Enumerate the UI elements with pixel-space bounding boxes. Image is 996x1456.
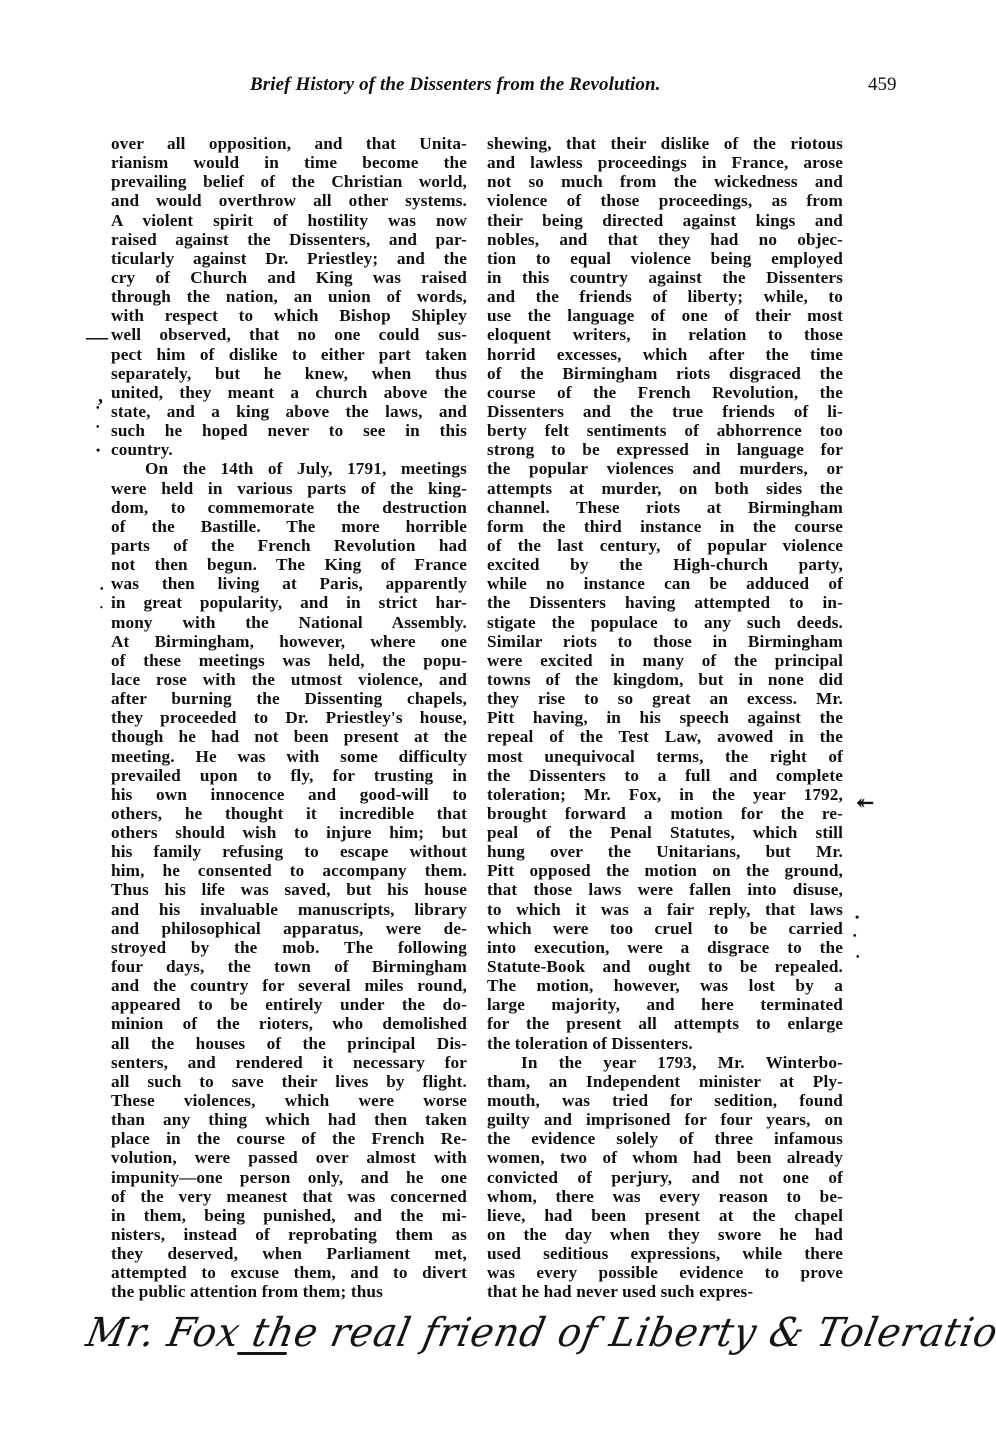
text-line: and would overthrow all other systems. — [111, 191, 467, 210]
handwritten-note-text: Mr. Fox the real friend of Liberty & Tol… — [83, 1309, 996, 1355]
text-line: The motion, however, was lost by a — [487, 976, 843, 995]
text-line: violence of those proceedings, as from — [487, 191, 843, 210]
text-line: such he hoped never to see in this — [111, 421, 467, 440]
text-line: and the friends of liberty; while, to — [487, 287, 843, 306]
text-line: with respect to which Bishop Shipley — [111, 306, 467, 325]
text-line: to which it was a fair reply, that laws — [487, 900, 843, 919]
text-line: strong to be expressed in language for — [487, 440, 843, 459]
text-line: lieve, had been present at the chapel — [487, 1206, 843, 1225]
text-line: parts of the French Revolution had — [111, 536, 467, 555]
text-line: though he had not been present at the — [111, 727, 467, 746]
text-line: than any thing which had then taken — [111, 1110, 467, 1129]
text-line: his own innocence and good-will to — [111, 785, 467, 804]
text-line: into execution, were a disgrace to the — [487, 938, 843, 957]
margin-dot-mark: • — [100, 585, 104, 595]
text-line: country. — [111, 440, 467, 459]
text-line: Similar riots to those in Birmingham — [487, 632, 843, 651]
text-line: was every possible evidence to prove — [487, 1263, 843, 1282]
text-line: use the language of one of their most — [487, 306, 843, 325]
text-line: the Dissenters having attempted to in- — [487, 593, 843, 612]
text-line: that those laws were fallen into disuse, — [487, 880, 843, 899]
text-line: hung over the Unitarians, but Mr. — [487, 842, 843, 861]
text-line: At Birmingham, however, where one — [111, 632, 467, 651]
text-line: which were too cruel to be carried — [487, 919, 843, 938]
text-line: prevailed upon to fly, for trusting in — [111, 766, 467, 785]
text-line: all such to save their lives by flight. — [111, 1072, 467, 1091]
text-line: they deserved, when Parliament met, — [111, 1244, 467, 1263]
text-line: over all opposition, and that Unita- — [111, 134, 467, 153]
text-line: brought forward a motion for the re- — [487, 804, 843, 823]
text-line: most unequivocal terms, the right of — [487, 747, 843, 766]
margin-arrow-mark: — — [86, 326, 108, 348]
text-line: tham, an Independent minister at Ply- — [487, 1072, 843, 1091]
text-line: of the Birmingham riots disgraced the — [487, 364, 843, 383]
text-line: attempts at murder, on both sides the — [487, 479, 843, 498]
text-line: others, he thought it incredible that — [111, 804, 467, 823]
text-line: form the third instance in the course — [487, 517, 843, 536]
text-line: of the last century, of popular violence — [487, 536, 843, 555]
text-line: horrid excesses, which after the time — [487, 345, 843, 364]
text-line: through the nation, an union of words, — [111, 287, 467, 306]
text-line: attempted to excuse them, and to divert — [111, 1263, 467, 1282]
text-line: mony with the National Assembly. — [111, 613, 467, 632]
text-line: Pitt having, in his speech against the — [487, 708, 843, 727]
text-line: cry of Church and King was raised — [111, 268, 467, 287]
text-line: for the present all attempts to enlarge — [487, 1014, 843, 1033]
margin-dot-mark: • — [855, 911, 859, 923]
text-line: volution, were passed over almost with — [111, 1148, 467, 1167]
text-line: towns of the kingdom, but in none did — [487, 670, 843, 689]
text-line: were held in various parts of the king- — [111, 479, 467, 498]
left-text-column: over all opposition, and that Unita-rian… — [111, 134, 467, 1302]
running-header: Brief History of the Dissenters from the… — [100, 74, 900, 98]
text-line: the popular violences and murders, or — [487, 459, 843, 478]
text-line: peal of the Penal Statutes, which still — [487, 823, 843, 842]
text-line: the evidence solely of three infamous — [487, 1129, 843, 1148]
text-line: channel. These riots at Birmingham — [487, 498, 843, 517]
text-line: These violences, which were worse — [111, 1091, 467, 1110]
text-line: him, he consented to accompany them. — [111, 861, 467, 880]
text-line: of the Bastille. The more horrible — [111, 517, 467, 536]
text-line: stroyed by the mob. The following — [111, 938, 467, 957]
text-line: On the 14th of July, 1791, meetings — [111, 459, 467, 478]
text-line: of these meetings was held, the popu- — [111, 651, 467, 670]
text-line: large majority, and here terminated — [487, 995, 843, 1014]
text-line: the Dissenters to a full and complete — [487, 766, 843, 785]
text-line: of the very meanest that was concerned — [111, 1187, 467, 1206]
text-line: in great popularity, and in strict har- — [111, 593, 467, 612]
text-line: their being directed against kings and — [487, 211, 843, 230]
text-line: all the houses of the principal Dis- — [111, 1034, 467, 1053]
text-line: nisters, instead of reprobating them as — [111, 1225, 467, 1244]
text-line: repeal of the Test Law, avowed in the — [487, 727, 843, 746]
text-line: stigate the populace to any such deeds. — [487, 613, 843, 632]
page-number: 459 — [868, 74, 897, 96]
text-line: the toleration of Dissenters. — [487, 1034, 843, 1053]
text-line: rianism would in time become the — [111, 153, 467, 172]
text-line: meeting. He was with some difficulty — [111, 747, 467, 766]
text-line: pect him of dislike to either part taken — [111, 345, 467, 364]
text-line: guilty and imprisoned for four years, on — [487, 1110, 843, 1129]
margin-arrow-mark: ↞ — [856, 792, 874, 814]
text-line: and lawless proceedings in France, arose — [487, 153, 843, 172]
text-line: they proceeded to Dr. Priestley's house, — [111, 708, 467, 727]
running-title: Brief History of the Dissenters from the… — [250, 74, 661, 96]
text-line: lace rose with the utmost violence, and — [111, 670, 467, 689]
text-line: in them, being punished, and the mi- — [111, 1206, 467, 1225]
margin-dot-mark: • — [96, 444, 100, 456]
handwritten-underline — [237, 1352, 287, 1355]
text-line: place in the course of the French Re- — [111, 1129, 467, 1148]
text-line: mouth, was tried for sedition, found — [487, 1091, 843, 1110]
text-line: dom, to commemorate the destruction — [111, 498, 467, 517]
text-line: In the year 1793, Mr. Winterbo- — [487, 1053, 843, 1072]
margin-dot-mark: • — [853, 932, 857, 942]
text-line: eloquent writers, in relation to those — [487, 325, 843, 344]
text-line: they rise to so great an excess. Mr. — [487, 689, 843, 708]
text-line: impunity—one person only, and he one — [111, 1168, 467, 1187]
text-line: used seditious expressions, while there — [487, 1244, 843, 1263]
margin-dot-mark: • — [96, 423, 100, 433]
text-line: not then begun. The King of France — [111, 555, 467, 574]
text-line: berty felt sentiments of abhorrence too — [487, 421, 843, 440]
text-line: separately, but he knew, when thus — [111, 364, 467, 383]
margin-dot-mark: • — [856, 953, 860, 963]
margin-dot-mark: • — [100, 604, 103, 612]
text-line: the public attention from them; thus — [111, 1282, 467, 1301]
text-line: united, they meant a church above the — [111, 383, 467, 402]
text-line: not so much from the wickedness and — [487, 172, 843, 191]
text-line: course of the French Revolution, the — [487, 383, 843, 402]
text-line: Statute-Book and ought to be repealed. — [487, 957, 843, 976]
handwritten-annotation: Mr. Fox the real friend of Liberty & Tol… — [92, 1305, 912, 1395]
text-line: appeared to be entirely under the do- — [111, 995, 467, 1014]
text-line: convicted of perjury, and not one of — [487, 1168, 843, 1187]
margin-dot-mark: • — [96, 404, 100, 414]
text-line: and his invaluable manuscripts, library — [111, 900, 467, 919]
text-line: others should wish to injure him; but — [111, 823, 467, 842]
text-line: whom, there was every reason to be- — [487, 1187, 843, 1206]
text-line: after burning the Dissenting chapels, — [111, 689, 467, 708]
text-line: nobles, and that they had no objec- — [487, 230, 843, 249]
text-line: Pitt opposed the motion on the ground, — [487, 861, 843, 880]
text-line: well observed, that no one could sus- — [111, 325, 467, 344]
text-line: Thus his life was saved, but his house — [111, 880, 467, 899]
right-text-column: shewing, that their dislike of the rioto… — [487, 134, 843, 1302]
text-line: his family refusing to escape without — [111, 842, 467, 861]
text-line: minion of the rioters, who demolished — [111, 1014, 467, 1033]
text-line: tion to equal violence being employed — [487, 249, 843, 268]
text-line: state, and a king above the laws, and — [111, 402, 467, 421]
text-line: that he had never used such expres- — [487, 1282, 843, 1301]
text-line: raised against the Dissenters, and par- — [111, 230, 467, 249]
text-line: shewing, that their dislike of the rioto… — [487, 134, 843, 153]
text-line: Dissenters and the true friends of li- — [487, 402, 843, 421]
text-line: on the day when they swore he had — [487, 1225, 843, 1244]
text-line: toleration; Mr. Fox, in the year 1792, — [487, 785, 843, 804]
text-line: prevailing belief of the Christian world… — [111, 172, 467, 191]
text-line: senters, and rendered it necessary for — [111, 1053, 467, 1072]
text-line: in this country against the Dissenters — [487, 268, 843, 287]
text-line: four days, the town of Birmingham — [111, 957, 467, 976]
text-line: and the country for several miles round, — [111, 976, 467, 995]
text-line: women, two of whom had been already — [487, 1148, 843, 1167]
text-line: while no instance can be adduced of — [487, 574, 843, 593]
text-line: were excited in many of the principal — [487, 651, 843, 670]
text-line: and philosophical apparatus, were de- — [111, 919, 467, 938]
text-line: was then living at Paris, apparently — [111, 574, 467, 593]
text-line: ticularly against Dr. Priestley; and the — [111, 249, 467, 268]
text-line: A violent spirit of hostility was now — [111, 211, 467, 230]
text-line: excited by the High-church party, — [487, 555, 843, 574]
